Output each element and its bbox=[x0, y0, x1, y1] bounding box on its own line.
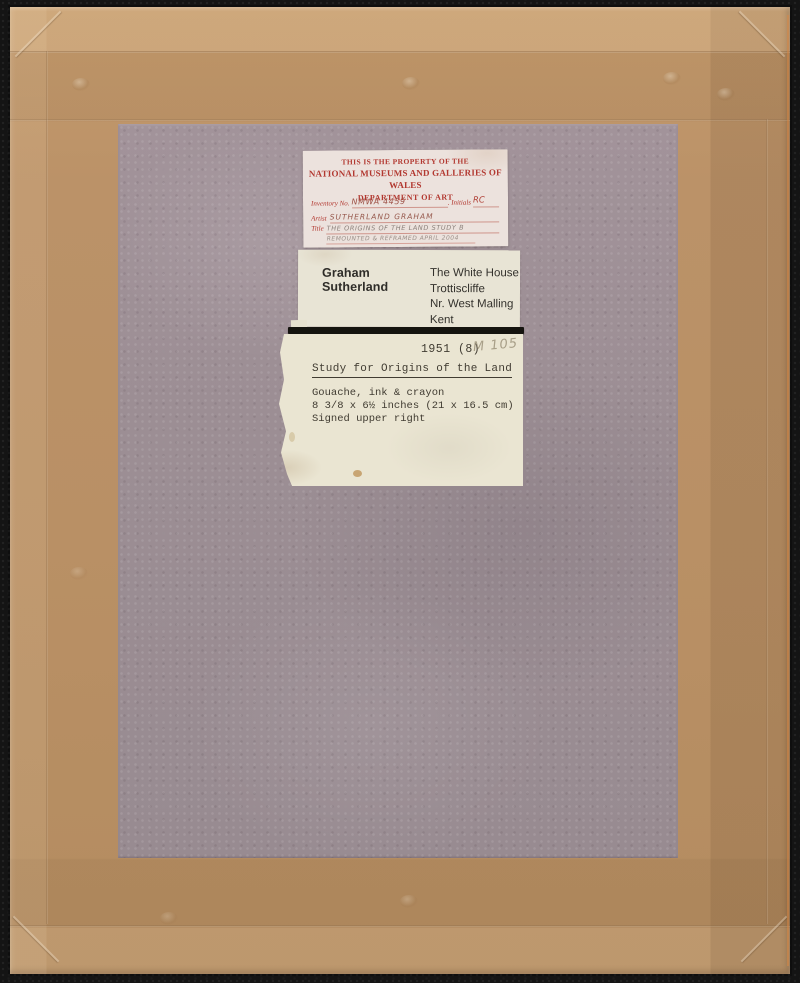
address-label-inner: Graham Sutherland The White House Trotti… bbox=[298, 250, 520, 329]
title-row: Title THE ORIGINS OF THE LAND STUDY B RE… bbox=[311, 223, 499, 246]
pin-dimple bbox=[717, 88, 735, 101]
pencil-annotation: M 105 bbox=[472, 336, 518, 355]
fold-seam bbox=[46, 51, 48, 924]
artist-value: SUTHERLAND GRAHAM bbox=[330, 211, 500, 223]
artwork-signature-note: Signed upper right bbox=[312, 413, 425, 425]
pin-dimple bbox=[663, 72, 681, 85]
initials-field-label: . Initials bbox=[448, 199, 471, 208]
pin-dimple bbox=[72, 78, 90, 91]
artist-name: Graham Sutherland bbox=[322, 266, 428, 328]
artwork-title-text: Study for Origins of the Land bbox=[312, 363, 512, 378]
title-note: REMOUNTED & REFRAMED APRIL 2004 bbox=[327, 235, 475, 245]
black-tape-strip bbox=[288, 327, 524, 334]
artist-address-label: Graham Sutherland The White House Trotti… bbox=[298, 250, 520, 328]
address-line-3: Nr. West Malling bbox=[430, 297, 519, 313]
fold-seam bbox=[10, 51, 790, 53]
pin-dimple bbox=[402, 77, 420, 90]
inventory-field-label: Inventory No. bbox=[311, 199, 350, 208]
date-code: 1951 (8) bbox=[421, 343, 480, 356]
address-line-1: The White House bbox=[430, 266, 519, 282]
title-field-label: Title bbox=[311, 225, 324, 234]
initials-value: RC bbox=[473, 195, 499, 207]
artwork-dimensions: 8 3/8 x 6½ inches (21 x 16.5 cm) bbox=[312, 400, 514, 412]
property-heading-line2: NATIONAL MUSEUMS AND GALLERIES OF WALES bbox=[303, 168, 508, 192]
corner-fold bbox=[13, 916, 60, 963]
stain-mark bbox=[353, 470, 362, 477]
pin-dimple bbox=[70, 567, 88, 580]
museum-property-label: THIS IS THE PROPERTY OF THE NATIONAL MUS… bbox=[303, 149, 509, 247]
artist-address: The White House Trottiscliffe Nr. West M… bbox=[430, 266, 519, 328]
stain-mark bbox=[289, 432, 295, 442]
corner-fold bbox=[739, 11, 786, 58]
address-line-4: Kent bbox=[430, 313, 519, 329]
photo-backdrop: THIS IS THE PROPERTY OF THE NATIONAL MUS… bbox=[0, 0, 800, 983]
pin-dimple bbox=[400, 895, 418, 908]
corner-fold bbox=[741, 916, 788, 963]
fold-seam bbox=[766, 119, 768, 924]
title-value: THE ORIGINS OF THE LAND STUDY B bbox=[327, 223, 500, 234]
panel-edge-highlight bbox=[787, 15, 789, 966]
pin-dimple bbox=[160, 912, 178, 925]
inventory-row: Inventory No. NMWA 4459 . Initials RC bbox=[311, 194, 499, 208]
frame-back-panel: THIS IS THE PROPERTY OF THE NATIONAL MUS… bbox=[10, 7, 790, 974]
title-lines: THE ORIGINS OF THE LAND STUDY B REMOUNTE… bbox=[327, 223, 500, 244]
artwork-info-label: 1951 (8) M 105 Study for Origins of the … bbox=[277, 334, 523, 486]
fold-seam bbox=[10, 925, 790, 927]
fold-seam bbox=[10, 119, 790, 121]
artwork-title: Study for Origins of the Land bbox=[312, 363, 512, 375]
property-heading-line1: THIS IS THE PROPERTY OF THE bbox=[303, 156, 508, 167]
address-line-2: Trottiscliffe bbox=[430, 282, 519, 298]
inventory-number-value: NMWA 4459 bbox=[351, 197, 447, 209]
artwork-medium: Gouache, ink & crayon bbox=[312, 387, 444, 399]
artist-row: Artist SUTHERLAND GRAHAM bbox=[311, 209, 499, 223]
corner-fold bbox=[15, 11, 62, 58]
artist-field-label: Artist bbox=[311, 215, 327, 224]
